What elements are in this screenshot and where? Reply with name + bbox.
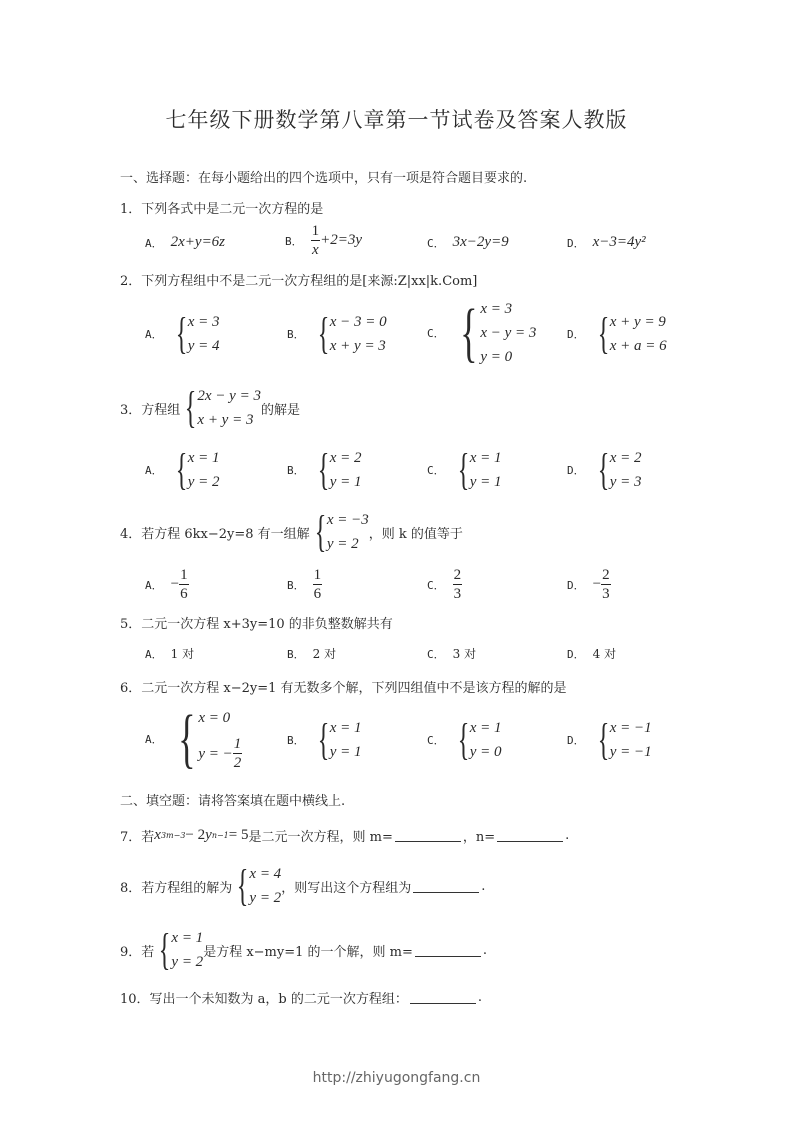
brace-icon: {	[597, 446, 609, 494]
option-label: C．	[427, 646, 445, 662]
answer-blank[interactable]	[415, 944, 481, 957]
answer-blank-n[interactable]	[497, 829, 563, 842]
q1-option-b[interactable]: B． 1x +2=3y	[285, 222, 362, 259]
option-label: C．	[427, 325, 445, 341]
question-4-stem: 4．若方程 6kx−2y=8 有一组解 {x = −3y = 2 ，则 k 的值…	[120, 508, 463, 556]
equation-system: {x = 3x − y = 3y = 0	[453, 297, 537, 369]
q4-option-b[interactable]: B． 16	[287, 566, 322, 603]
equation-system: {x = 3y = 4	[171, 310, 220, 358]
page-title: 七年级下册数学第八章第一节试卷及答案人教版	[0, 104, 793, 134]
brace-icon: {	[314, 508, 326, 556]
option-label: C．	[427, 577, 445, 593]
question-10: 10．写出一个未知数为 a，b 的二元一次方程组： .	[120, 988, 482, 1007]
brace-icon: {	[457, 716, 469, 764]
option-label: D．	[567, 326, 585, 342]
q1-option-d[interactable]: D． x−3=4y²	[567, 234, 646, 251]
brace-icon: {	[597, 716, 609, 764]
option-label: C．	[427, 732, 445, 748]
brace-icon: {	[185, 384, 197, 432]
equation-system: {x = 2y = 1	[313, 446, 362, 494]
option-label: C．	[427, 462, 445, 478]
brace-icon: {	[317, 310, 329, 358]
brace-icon: {	[175, 310, 187, 358]
section-fill-blank-heading: 二、填空题：请将答案填在题中横线上.	[120, 790, 345, 809]
equation-system: {x = 1y = 1	[453, 446, 502, 494]
q2-option-a[interactable]: A． {x = 3y = 4	[145, 310, 220, 358]
question-7: 7．若 x3m−3 − 2yn−1 = 5 是二元一次方程，则 m= ，n= .	[120, 826, 569, 845]
q5-option-c[interactable]: C．3 对	[427, 645, 476, 662]
q5-option-a[interactable]: A．1 对	[145, 645, 194, 662]
q4-option-a[interactable]: A． − 16	[145, 566, 189, 603]
brace-icon: {	[460, 297, 477, 369]
question-8: 8．若方程组的解为 {x = 4y = 2 ，则写出这个方程组为 .	[120, 862, 485, 910]
equation-system: {x = 4y = 2	[232, 862, 281, 910]
section-multiple-choice-heading: 一、选择题：在每小题给出的四个选项中，只有一项是符合题目要求的.	[120, 167, 527, 186]
q3-option-d[interactable]: D． {x = 2y = 3	[567, 446, 642, 494]
fraction: 16	[313, 566, 323, 603]
option-label: C．	[427, 235, 445, 251]
fraction: 23	[601, 566, 611, 603]
equation-system: {x = 1y = 2	[171, 446, 220, 494]
option-label: B．	[287, 462, 305, 478]
option-label: D．	[567, 462, 585, 478]
option-expression: 2x+y=6z	[171, 234, 225, 251]
option-label: B．	[285, 233, 303, 249]
q3-option-a[interactable]: A． {x = 1y = 2	[145, 446, 220, 494]
option-label: B．	[287, 646, 305, 662]
equation-system: {2x − y = 3x + y = 3	[180, 384, 261, 432]
q6-option-b[interactable]: B． {x = 1y = 1	[287, 716, 362, 764]
fraction: 16	[179, 566, 189, 603]
brace-icon: {	[457, 446, 469, 494]
equation-system: {x = −1y = −1	[593, 716, 652, 764]
option-label: D．	[567, 732, 585, 748]
fraction: 1x	[311, 222, 321, 259]
option-text: 1 对	[171, 645, 194, 662]
option-text: 4 对	[593, 645, 616, 662]
option-label: A．	[145, 577, 163, 593]
q2-option-b[interactable]: B． {x − 3 = 0x + y = 3	[287, 310, 387, 358]
equation-system: {x = −3y = 2	[310, 508, 369, 556]
q3-option-b[interactable]: B． {x = 2y = 1	[287, 446, 362, 494]
fraction: 23	[453, 566, 463, 603]
equation-system: {x − 3 = 0x + y = 3	[313, 310, 387, 358]
brace-icon: {	[317, 716, 329, 764]
q5-option-b[interactable]: B．2 对	[287, 645, 336, 662]
q3-option-c[interactable]: C． {x = 1y = 1	[427, 446, 502, 494]
equation-system: {x = 1y = 2	[154, 926, 203, 974]
brace-icon: {	[597, 310, 609, 358]
q2-option-c[interactable]: C． {x = 3x − y = 3y = 0	[427, 297, 536, 369]
answer-blank[interactable]	[410, 991, 476, 1004]
question-6-stem: 6．二元一次方程 x−2y=1 有无数多个解，下列四组值中不是该方程的解的是	[120, 677, 567, 696]
q1-option-c[interactable]: C． 3x−2y=9	[427, 234, 509, 251]
option-label: B．	[287, 577, 305, 593]
q2-option-d[interactable]: D． {x + y = 9x + a = 6	[567, 310, 667, 358]
brace-icon: {	[237, 862, 249, 910]
option-text: 2 对	[313, 645, 336, 662]
q6-option-d[interactable]: D． {x = −1y = −1	[567, 716, 652, 764]
q6-option-c[interactable]: C． {x = 1y = 0	[427, 716, 502, 764]
question-1-stem: 1．下列各式中是二元一次方程的是	[120, 198, 323, 217]
option-label: A．	[145, 646, 163, 662]
brace-icon: {	[317, 446, 329, 494]
equation-system: { x = 0 y = −12	[171, 706, 243, 772]
equation-system: {x = 2y = 3	[593, 446, 642, 494]
option-label: D．	[567, 235, 585, 251]
q4-option-d[interactable]: D． − 23	[567, 566, 611, 603]
brace-icon: {	[175, 446, 187, 494]
option-label: D．	[567, 646, 585, 662]
option-label: A．	[145, 462, 163, 478]
question-5-stem: 5．二元一次方程 x+3y=10 的非负整数解共有	[120, 613, 393, 632]
answer-blank[interactable]	[413, 880, 479, 893]
q1-option-a[interactable]: A． 2x+y=6z	[145, 234, 225, 251]
question-9: 9．若 {x = 1y = 2 是方程 x−my=1 的一个解，则 m= .	[120, 926, 487, 974]
option-label: D．	[567, 577, 585, 593]
footer-url[interactable]: http://zhiyugongfang.cn	[0, 1070, 793, 1086]
option-label: A．	[145, 235, 163, 251]
option-label: B．	[287, 732, 305, 748]
question-2-stem: 2．下列方程组中不是二元一次方程组的是[来源:Z|xx|k.Com]	[120, 270, 477, 289]
option-text: 3 对	[453, 645, 476, 662]
brace-icon: {	[159, 926, 171, 974]
answer-blank-m[interactable]	[395, 829, 461, 842]
q6-option-a[interactable]: A． { x = 0 y = −12	[145, 706, 242, 772]
equation-system: {x = 1y = 1	[313, 716, 362, 764]
option-expression: +2=3y	[320, 232, 362, 249]
option-label: A．	[145, 326, 163, 342]
q5-option-d[interactable]: D．4 对	[567, 645, 616, 662]
option-expression: 3x−2y=9	[453, 234, 509, 251]
equation-system: {x + y = 9x + a = 6	[593, 310, 667, 358]
brace-icon: {	[178, 706, 195, 772]
equation-system: {x = 1y = 0	[453, 716, 502, 764]
option-label: A．	[145, 731, 163, 747]
q4-option-c[interactable]: C． 23	[427, 566, 462, 603]
option-expression: x−3=4y²	[593, 234, 646, 251]
question-3-stem: 3．方程组 {2x − y = 3x + y = 3 的解是	[120, 384, 300, 432]
option-label: B．	[287, 326, 305, 342]
